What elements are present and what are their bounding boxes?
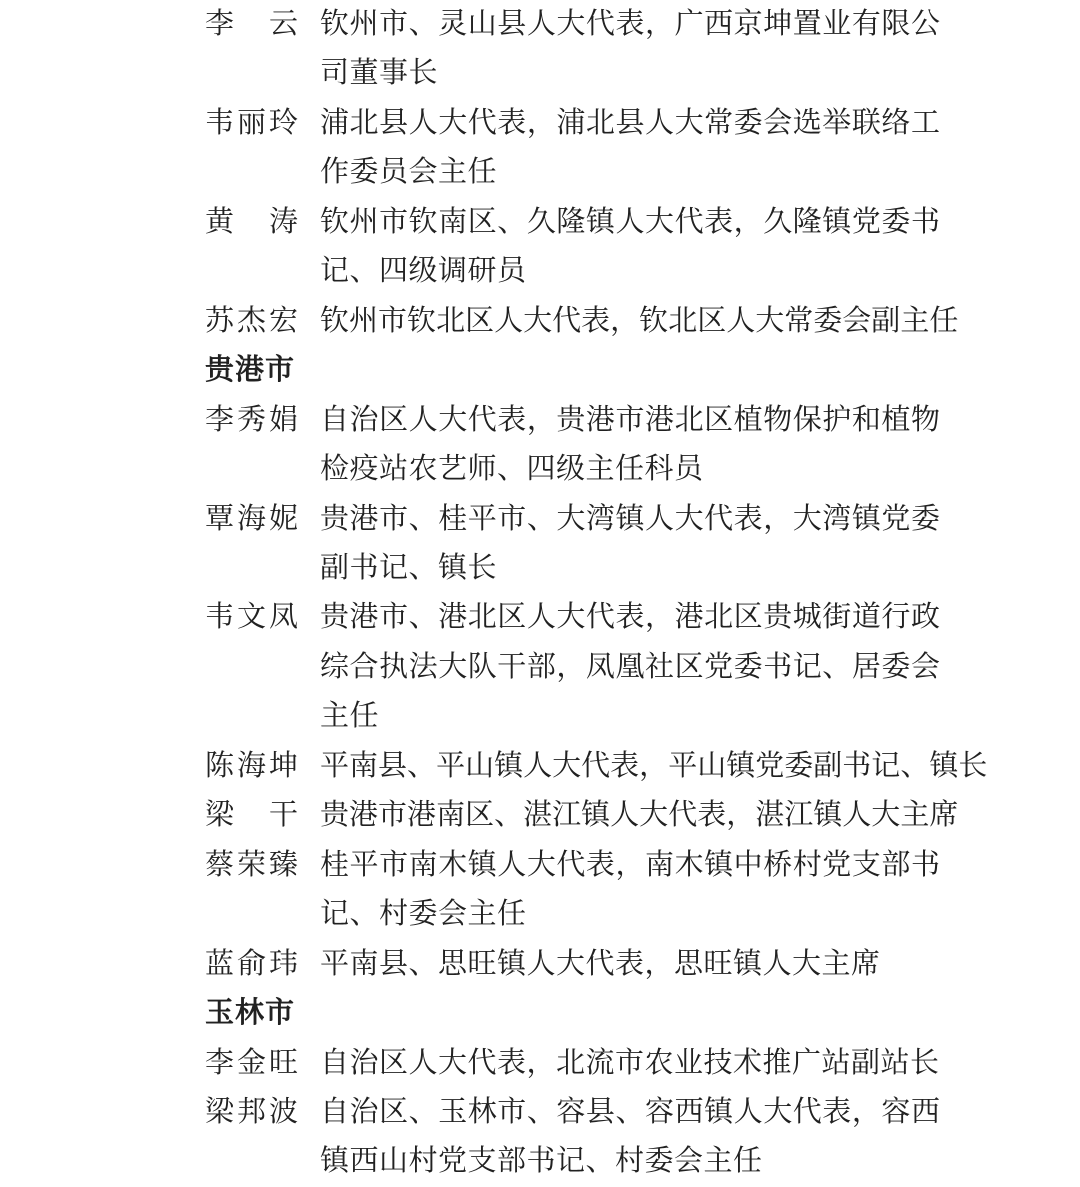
description-char: 公	[911, 0, 940, 49]
description-char: 港	[349, 791, 378, 840]
description-char: 大	[763, 1088, 792, 1137]
description-char: 委	[881, 643, 910, 692]
description-char: 大	[675, 99, 704, 148]
description-char: 山	[465, 742, 494, 791]
description-char: 大	[645, 198, 674, 247]
description-char: 、	[822, 643, 851, 692]
description-line: 副书记、镇长	[320, 544, 940, 593]
entry-row: 覃海妮贵港市、桂平市、大湾镇人大代表，大湾镇党委副书记、镇长	[0, 495, 1080, 594]
description-line: 镇西山村党支部书记、村委会主任	[320, 1137, 940, 1186]
description-char: 保	[793, 396, 822, 445]
description-char: 护	[822, 396, 851, 445]
description-char: 区	[675, 643, 704, 692]
description-char: ，	[527, 396, 556, 445]
description-char: 湾	[822, 495, 851, 544]
description-char: 区	[734, 593, 763, 642]
name-char: 李	[205, 1039, 234, 1088]
description-char: 广	[675, 0, 704, 49]
description-char: 镇	[494, 742, 523, 791]
description-char: 物	[911, 396, 940, 445]
description-char: 市	[379, 841, 408, 890]
description-line: 桂平市南木镇人大代表，南木镇中桥村党支部书	[320, 841, 940, 890]
description-char: 容	[881, 1088, 910, 1137]
description-char: 港	[350, 495, 379, 544]
description-char: 法	[409, 643, 438, 692]
document-page: 李云钦州市、灵山县人大代表，广西京坤置业有限公司董事长韦丽玲浦北县人大代表，浦北…	[0, 0, 1080, 1187]
description-char: 治	[350, 396, 379, 445]
description-char: 大	[438, 99, 467, 148]
description-char: 人	[610, 791, 639, 840]
description-char: 、	[497, 198, 526, 247]
description-char: 区	[704, 396, 733, 445]
description-char: 州	[350, 198, 379, 247]
description-char: 北	[704, 593, 733, 642]
description-line: 记、四级调研员	[320, 247, 940, 296]
description-char: 木	[675, 841, 704, 890]
description-char: 、	[409, 593, 438, 642]
description-char: 浦	[320, 99, 349, 148]
description-line: 主任	[320, 692, 940, 741]
description-char: 人	[726, 297, 755, 346]
description-char: ，	[639, 742, 668, 791]
name-char: 蓝	[205, 940, 234, 989]
description-line: 平南县、平山镇人大代表，平山镇党委副书记、镇长	[320, 742, 940, 791]
description-char: ，	[734, 198, 763, 247]
description-char: 久	[527, 198, 556, 247]
description-char: 代	[468, 99, 497, 148]
description-char: 副	[871, 297, 900, 346]
description-char: 县	[378, 742, 407, 791]
description-char: 区	[379, 1088, 408, 1137]
description-char: 人	[645, 495, 674, 544]
description-char: 、	[615, 1088, 644, 1137]
description-char: 表	[497, 99, 526, 148]
description: 桂平市南木镇人大代表，南木镇中桥村党支部书记、村委会主任	[320, 841, 940, 940]
description-char: 镇	[581, 791, 610, 840]
description-char: 镇	[929, 742, 958, 791]
entry-row: 黄涛钦州市钦南区、久隆镇人大代表，久隆镇党委书记、四级调研员	[0, 198, 1080, 297]
person-name: 韦文凤	[205, 593, 298, 642]
description-line: 钦州市、灵山县人大代表，广西京坤置业有限公	[320, 0, 940, 49]
description-char: 委	[734, 643, 763, 692]
description-char: 县	[586, 1088, 615, 1137]
description-char: ，	[527, 99, 556, 148]
description-char: 木	[438, 841, 467, 890]
name-char: 覃	[205, 495, 234, 544]
description-line: 浦北县人大代表，浦北县人大常委会选举联络工	[320, 99, 940, 148]
description-char: 、	[409, 1088, 438, 1137]
description-char: 南	[438, 198, 467, 247]
description-char: 平	[320, 742, 349, 791]
description-char: 北	[586, 99, 615, 148]
description-char: 隆	[793, 198, 822, 247]
description-char: 代	[468, 396, 497, 445]
description-char: 席	[929, 791, 958, 840]
description-char: ，	[763, 495, 792, 544]
description-char: 区	[379, 396, 408, 445]
name-char: 蔡	[205, 841, 234, 890]
description-char: 代	[556, 841, 585, 890]
description-char: ，	[610, 297, 639, 346]
description-char: 南	[436, 791, 465, 840]
entry-row: 蓝俞玮平南县、思旺镇人大代表，思旺镇人大主席	[0, 940, 1080, 989]
description-char: 部	[881, 841, 910, 890]
description-char: 代	[552, 297, 581, 346]
description-char: 平	[350, 841, 379, 890]
name-char: 坤	[269, 742, 298, 791]
description-char: 县	[615, 99, 644, 148]
description-char: 城	[793, 593, 822, 642]
description: 浦北县人大代表，浦北县人大常委会选举联络工作委员会主任	[320, 99, 940, 198]
description: 平南县、思旺镇人大代表，思旺镇人大主席	[320, 940, 940, 989]
description-char: 自	[320, 396, 349, 445]
description-char: 桂	[320, 841, 349, 890]
description-char: 、	[409, 0, 438, 49]
description-char: 政	[911, 593, 940, 642]
description-char: 平	[668, 742, 697, 791]
person-name: 李云	[205, 0, 298, 49]
description-char: 镇	[586, 198, 615, 247]
person-name: 梁邦波	[205, 1088, 298, 1137]
city-header: 玉林市	[0, 989, 1080, 1038]
description-char: 队	[468, 643, 497, 692]
description-char: 委	[881, 198, 910, 247]
description-char: 和	[852, 396, 881, 445]
description-char: 置	[793, 0, 822, 49]
description-char: 市	[379, 593, 408, 642]
description-char: 平	[468, 495, 497, 544]
description-char: 中	[734, 841, 763, 890]
description-char: 西	[911, 1088, 940, 1137]
description-char: 湛	[755, 791, 784, 840]
description-char: 人	[523, 742, 552, 791]
description-char: 钦	[320, 0, 349, 49]
description: 平南县、平山镇人大代表，平山镇党委副书记、镇长	[320, 742, 940, 791]
person-name: 李秀娟	[205, 396, 298, 445]
description-char: 任	[929, 297, 958, 346]
description-char: 市	[615, 396, 644, 445]
person-name: 蓝俞玮	[205, 940, 298, 989]
description-char: ，	[615, 841, 644, 890]
entry-row: 陈海坤平南县、平山镇人大代表，平山镇党委副书记、镇长	[0, 742, 1080, 791]
person-name: 陈海坤	[205, 742, 298, 791]
description-char: 有	[852, 0, 881, 49]
description-char: 会	[842, 297, 871, 346]
description-char: 支	[852, 841, 881, 890]
description-char: 桥	[763, 841, 792, 890]
person-name: 蔡荣臻	[205, 841, 298, 890]
description-char: 表	[615, 593, 644, 642]
description-char: 镇	[704, 1088, 733, 1137]
description-char: 久	[763, 198, 792, 247]
description-char: 人	[645, 99, 674, 148]
description-char: 港	[438, 593, 467, 642]
description-char: 书	[911, 841, 940, 890]
description-char: 湾	[586, 495, 615, 544]
description-char: 选	[793, 99, 822, 148]
description-line: 贵港市港南区、湛江镇人大代表，湛江镇人大主席	[320, 791, 940, 840]
description-char: 表	[697, 791, 726, 840]
name-char: 韦	[205, 99, 234, 148]
description-char: 大	[871, 791, 900, 840]
person-name: 韦丽玲	[205, 99, 298, 148]
description-char: 湛	[523, 791, 552, 840]
description-char: 限	[881, 0, 910, 49]
description-char: 表	[615, 0, 644, 49]
description: 钦州市、灵山县人大代表，广西京坤置业有限公司董事长	[320, 0, 940, 99]
description-char: 市	[378, 791, 407, 840]
name-char: 李	[205, 396, 234, 445]
description-char: 西	[704, 0, 733, 49]
name-char: 凤	[269, 593, 298, 642]
description-char: 书	[842, 742, 871, 791]
description-line: 司董事长	[320, 49, 940, 98]
description-char: 社	[645, 643, 674, 692]
description-line: 自治区、玉林市、容县、容西镇人大代表，容西	[320, 1088, 940, 1137]
description-char: 物	[763, 396, 792, 445]
description-char: ，	[852, 1088, 881, 1137]
description-char: 玉	[438, 1088, 467, 1137]
name-char: 旺	[269, 1039, 298, 1088]
description-char: 表	[497, 396, 526, 445]
description-char: 镇	[852, 495, 881, 544]
description: 自治区人大代表，北流市农业技术推广站副站长	[320, 1039, 940, 1088]
name-char: 荣	[237, 841, 266, 890]
description-char: 西	[675, 1088, 704, 1137]
name-char: 梁	[205, 791, 234, 840]
description-char: 镇	[468, 841, 497, 890]
description-line: 综合执法大队干部，凤凰社区党委书记、居委会	[320, 643, 940, 692]
description-char: 区	[468, 198, 497, 247]
name-char: 金	[237, 1039, 266, 1088]
description: 贵港市、桂平市、大湾镇人大代表，大湾镇党委副书记、镇长	[320, 495, 940, 594]
description-char: 代	[581, 742, 610, 791]
name-char: 云	[269, 0, 298, 49]
description-char: 常	[704, 99, 733, 148]
description-line: 贵港市、港北区人大代表，港北区贵城街道行政	[320, 593, 940, 642]
description-char: 书	[763, 643, 792, 692]
description-line: 自治区人大代表，北流市农业技术推广站副站长	[320, 1039, 940, 1088]
description-char: 主	[900, 297, 929, 346]
description-char: 山	[697, 742, 726, 791]
description-char: 北	[675, 396, 704, 445]
description-char: 干	[497, 643, 526, 692]
person-name: 覃海妮	[205, 495, 298, 544]
description-char: 市	[497, 495, 526, 544]
description-char: 人	[842, 791, 871, 840]
description-line: 检疫站农艺师、四级主任科员	[320, 445, 940, 494]
description-char: 记	[793, 643, 822, 692]
description-char: 党	[755, 742, 784, 791]
description-char: 主	[900, 791, 929, 840]
person-name: 李金旺	[205, 1039, 298, 1088]
description-char: 平	[436, 742, 465, 791]
description-char: 表	[610, 742, 639, 791]
description-char: 钦	[320, 297, 349, 346]
description-char: 表	[704, 198, 733, 247]
description-char: 市	[379, 0, 408, 49]
description-char: 举	[822, 99, 851, 148]
description-char: 业	[822, 0, 851, 49]
description-char: 镇	[704, 841, 733, 890]
description-char: 委	[911, 495, 940, 544]
description-char: 、	[527, 1088, 556, 1137]
description-char: 隆	[556, 198, 585, 247]
description-char: 市	[379, 495, 408, 544]
description-char: 坤	[763, 0, 792, 49]
description-char: 港	[407, 791, 436, 840]
description-char: 委	[813, 297, 842, 346]
description-char: 大	[793, 495, 822, 544]
description-char: 合	[350, 643, 379, 692]
description-line: 平南县、思旺镇人大代表，思旺镇人大主席	[320, 940, 940, 989]
description-char: 江	[784, 791, 813, 840]
description-char: 镇	[822, 198, 851, 247]
description-char: 大	[552, 742, 581, 791]
description-char: 大	[438, 643, 467, 692]
description-char: 区	[697, 297, 726, 346]
description-char: 大	[438, 396, 467, 445]
description-char: 浦	[556, 99, 585, 148]
description-char: 大	[556, 593, 585, 642]
description-char: 人	[734, 1088, 763, 1137]
description-char: 县	[379, 99, 408, 148]
description-char: 人	[527, 593, 556, 642]
description-char: 表	[586, 841, 615, 890]
description-char: 大	[639, 791, 668, 840]
description-char: 、	[900, 742, 929, 791]
city-header-label: 贵港市	[205, 354, 295, 386]
description-char: 执	[379, 643, 408, 692]
description-line: 记、村委会主任	[320, 890, 940, 939]
name-char: 波	[269, 1088, 298, 1137]
description-char: 区	[497, 593, 526, 642]
description-char: 代	[675, 198, 704, 247]
description-char: 会	[763, 99, 792, 148]
description-char: 贵	[320, 593, 349, 642]
description-char: 市	[378, 297, 407, 346]
description-char: 大	[675, 495, 704, 544]
description-char: 大	[523, 297, 552, 346]
description-char: 植	[881, 396, 910, 445]
description-char: 、	[494, 791, 523, 840]
description-char: 人	[409, 396, 438, 445]
description-char: 代	[793, 1088, 822, 1137]
description-char: 副	[813, 742, 842, 791]
description-char: 代	[586, 593, 615, 642]
name-char: 李	[205, 0, 234, 49]
description-char: ，	[645, 0, 674, 49]
name-char: 海	[237, 495, 266, 544]
description-char: 港	[586, 396, 615, 445]
description-char: 络	[881, 99, 910, 148]
description-char: 镇	[615, 495, 644, 544]
description-char: 人	[497, 841, 526, 890]
description: 自治区、玉林市、容县、容西镇人大代表，容西镇西山村党支部书记、村委会主任	[320, 1088, 940, 1187]
description-char: 灵	[438, 0, 467, 49]
description-char: 大	[556, 495, 585, 544]
description-char: 南	[349, 742, 378, 791]
description-char: 州	[349, 297, 378, 346]
description-char: 大	[527, 841, 556, 890]
description-char: 长	[958, 742, 987, 791]
entry-row: 梁干贵港市港南区、湛江镇人大代表，湛江镇人大主席	[0, 791, 1080, 840]
description: 自治区人大代表，贵港市港北区植物保护和植物检疫站农艺师、四级主任科员	[320, 396, 940, 495]
city-header-label: 玉林市	[205, 997, 295, 1029]
description-char: 港	[675, 593, 704, 642]
description-char: 党	[852, 198, 881, 247]
entry-row: 苏杰宏钦州市钦北区人大代表，钦北区人大常委会副主任	[0, 297, 1080, 346]
description-char: 工	[911, 99, 940, 148]
description-char: 人	[409, 99, 438, 148]
description: 贵港市港南区、湛江镇人大代表，湛江镇人大主席	[320, 791, 940, 840]
description-char: 北	[668, 297, 697, 346]
description-char: 江	[552, 791, 581, 840]
description-char: 镇	[813, 791, 842, 840]
person-name: 梁干	[205, 791, 298, 840]
description-char: 表	[822, 1088, 851, 1137]
description-line: 钦州市钦南区、久隆镇人大代表，久隆镇党委书	[320, 198, 940, 247]
description-line: 自治区人大代表，贵港市港北区植物保护和植物	[320, 396, 940, 445]
description-char: 道	[852, 593, 881, 642]
description-char: 植	[734, 396, 763, 445]
name-char: 陈	[205, 742, 234, 791]
name-char: 臻	[269, 841, 298, 890]
description-char: 贵	[763, 593, 792, 642]
description-char: ，	[726, 791, 755, 840]
name-char: 俞	[237, 940, 266, 989]
description-char: 区	[465, 791, 494, 840]
description-char: 贵	[320, 495, 349, 544]
description: 贵港市、港北区人大代表，港北区贵城街道行政综合执法大队干部，凤凰社区党委书记、居…	[320, 593, 940, 741]
description-char: ，	[556, 643, 585, 692]
description-char: 居	[852, 643, 881, 692]
description-char: 县	[497, 0, 526, 49]
description-char: 钦	[320, 198, 349, 247]
description-line: 贵港市、桂平市、大湾镇人大代表，大湾镇党委	[320, 495, 940, 544]
description-char: 贵	[556, 396, 585, 445]
entry-row: 韦丽玲浦北县人大代表，浦北县人大常委会选举联络工作委员会主任	[0, 99, 1080, 198]
entry-row: 梁邦波自治区、玉林市、容县、容西镇人大代表，容西镇西山村党支部书记、村委会主任	[0, 1088, 1080, 1187]
name-char: 秀	[237, 396, 266, 445]
description-char: 常	[784, 297, 813, 346]
description-char: 、	[407, 742, 436, 791]
name-char: 妮	[269, 495, 298, 544]
description-char: 山	[468, 0, 497, 49]
description-char: 北	[468, 593, 497, 642]
description-char: 容	[645, 1088, 674, 1137]
description-char: 委	[784, 742, 813, 791]
description-char: 南	[409, 841, 438, 890]
description-line: 作委员会主任	[320, 148, 940, 197]
name-char: 杰	[237, 297, 266, 346]
description-char: 表	[581, 297, 610, 346]
description-char: 凤	[586, 643, 615, 692]
description-char: 街	[822, 593, 851, 642]
description-char: 人	[494, 297, 523, 346]
description-char: 南	[645, 841, 674, 890]
description-char: 贵	[320, 791, 349, 840]
description-char: 北	[350, 99, 379, 148]
description-char: 钦	[639, 297, 668, 346]
description-char: 党	[704, 643, 733, 692]
description-char: 市	[379, 198, 408, 247]
description-char: 凰	[615, 643, 644, 692]
description-char: 自	[320, 1088, 349, 1137]
name-char: 玮	[269, 940, 298, 989]
description-char: ，	[645, 593, 674, 642]
name-char: 干	[269, 791, 298, 840]
